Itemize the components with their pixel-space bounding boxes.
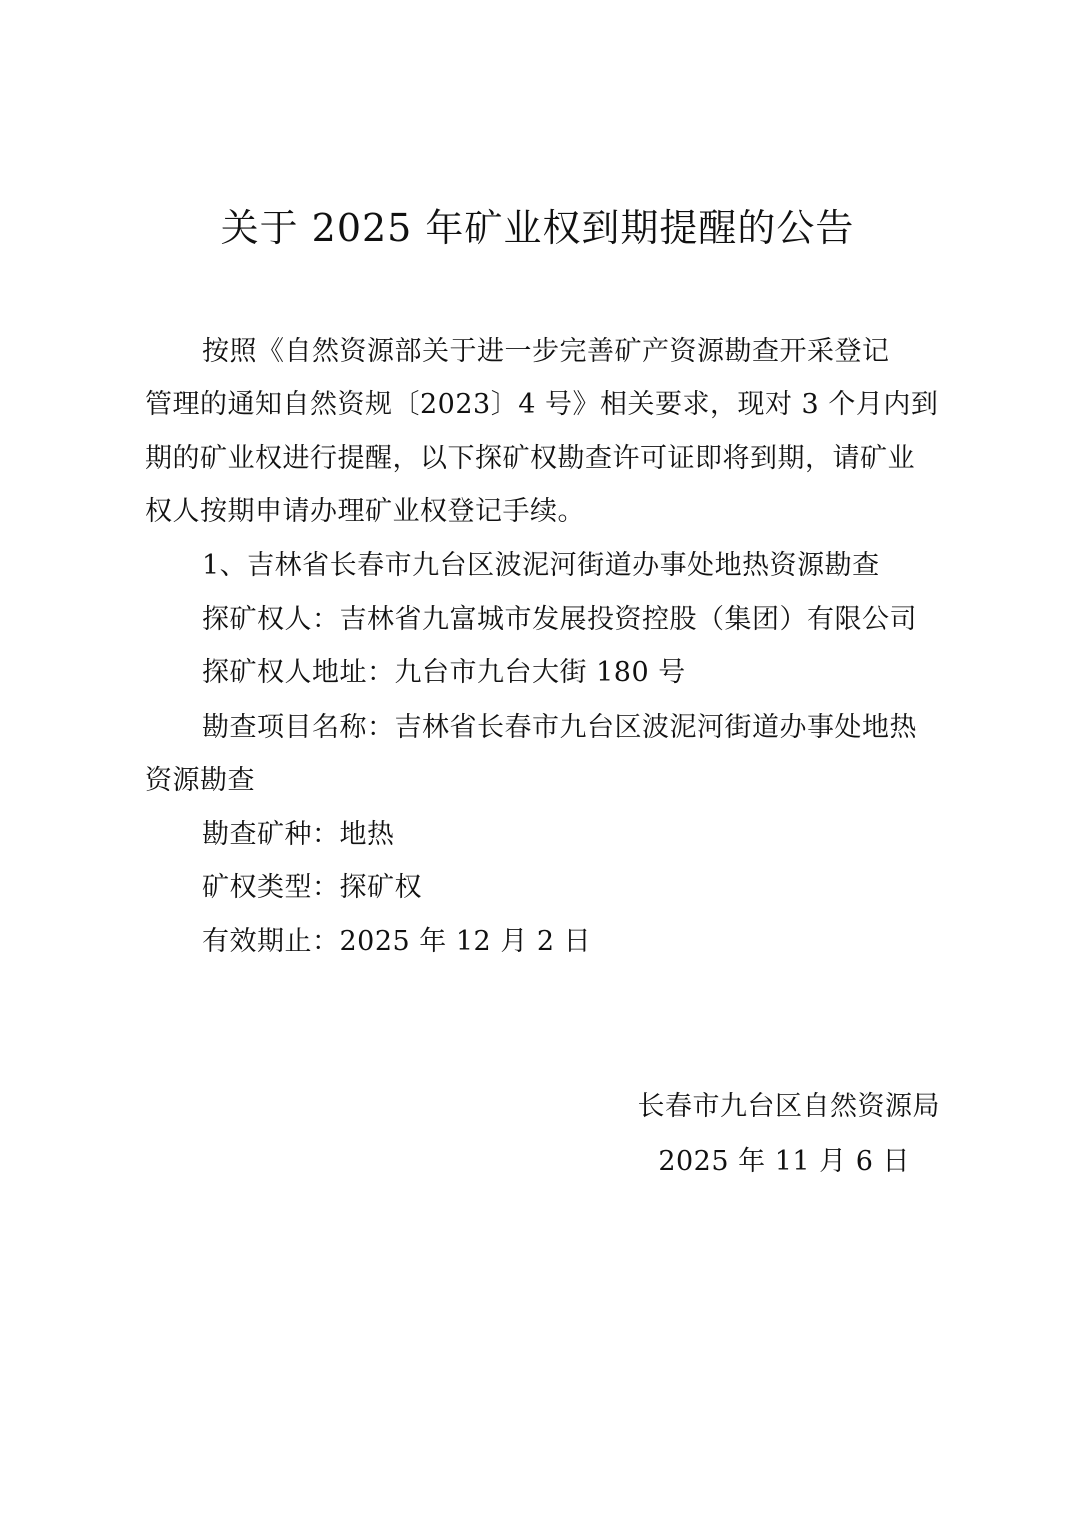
expiry-row: 有效期止：2025 年 12 月 2 日 — [202, 924, 591, 960]
intro-line: 管理的通知自然资规〔2023〕4 号》相关要求，现对 3 个月内到 — [145, 387, 938, 423]
document-title: 关于 2025 年矿业权到期提醒的公告 — [0, 204, 1075, 252]
item-heading: 1、吉林省长春市九台区波泥河街道办事处地热资源勘查 — [202, 548, 880, 584]
issue-date: 2025 年 11 月 6 日 — [658, 1144, 910, 1180]
holder-label: 探矿权人： — [202, 604, 340, 635]
intro-line: 按照《自然资源部关于进一步完善矿产资源勘查开采登记 — [202, 334, 890, 370]
address-value: 九台市九台大街 180 号 — [395, 657, 686, 688]
type-label: 矿权类型： — [202, 872, 340, 903]
intro-line: 权人按期申请办理矿业权登记手续。 — [145, 494, 585, 530]
issuer-name: 长春市九台区自然资源局 — [638, 1089, 941, 1125]
mineral-value: 地热 — [340, 819, 395, 850]
project-label: 勘查项目名称： — [202, 712, 395, 743]
mineral-label: 勘查矿种： — [202, 819, 340, 850]
project-value-continued: 资源勘查 — [145, 763, 255, 799]
expiry-label: 有效期止： — [202, 926, 340, 957]
type-row: 矿权类型：探矿权 — [202, 870, 422, 906]
intro-line: 期的矿业权进行提醒，以下探矿权勘查许可证即将到期，请矿业 — [145, 441, 915, 477]
mineral-row: 勘查矿种：地热 — [202, 817, 395, 853]
type-value: 探矿权 — [340, 872, 423, 903]
holder-row: 探矿权人：吉林省九富城市发展投资控股（集团）有限公司 — [202, 602, 917, 638]
project-value: 吉林省长春市九台区波泥河街道办事处地热 — [395, 712, 918, 743]
project-row: 勘查项目名称：吉林省长春市九台区波泥河街道办事处地热 — [202, 710, 917, 746]
expiry-value: 2025 年 12 月 2 日 — [340, 926, 592, 957]
address-row: 探矿权人地址：九台市九台大街 180 号 — [202, 655, 686, 691]
address-label: 探矿权人地址： — [202, 657, 395, 688]
holder-value: 吉林省九富城市发展投资控股（集团）有限公司 — [340, 604, 918, 635]
